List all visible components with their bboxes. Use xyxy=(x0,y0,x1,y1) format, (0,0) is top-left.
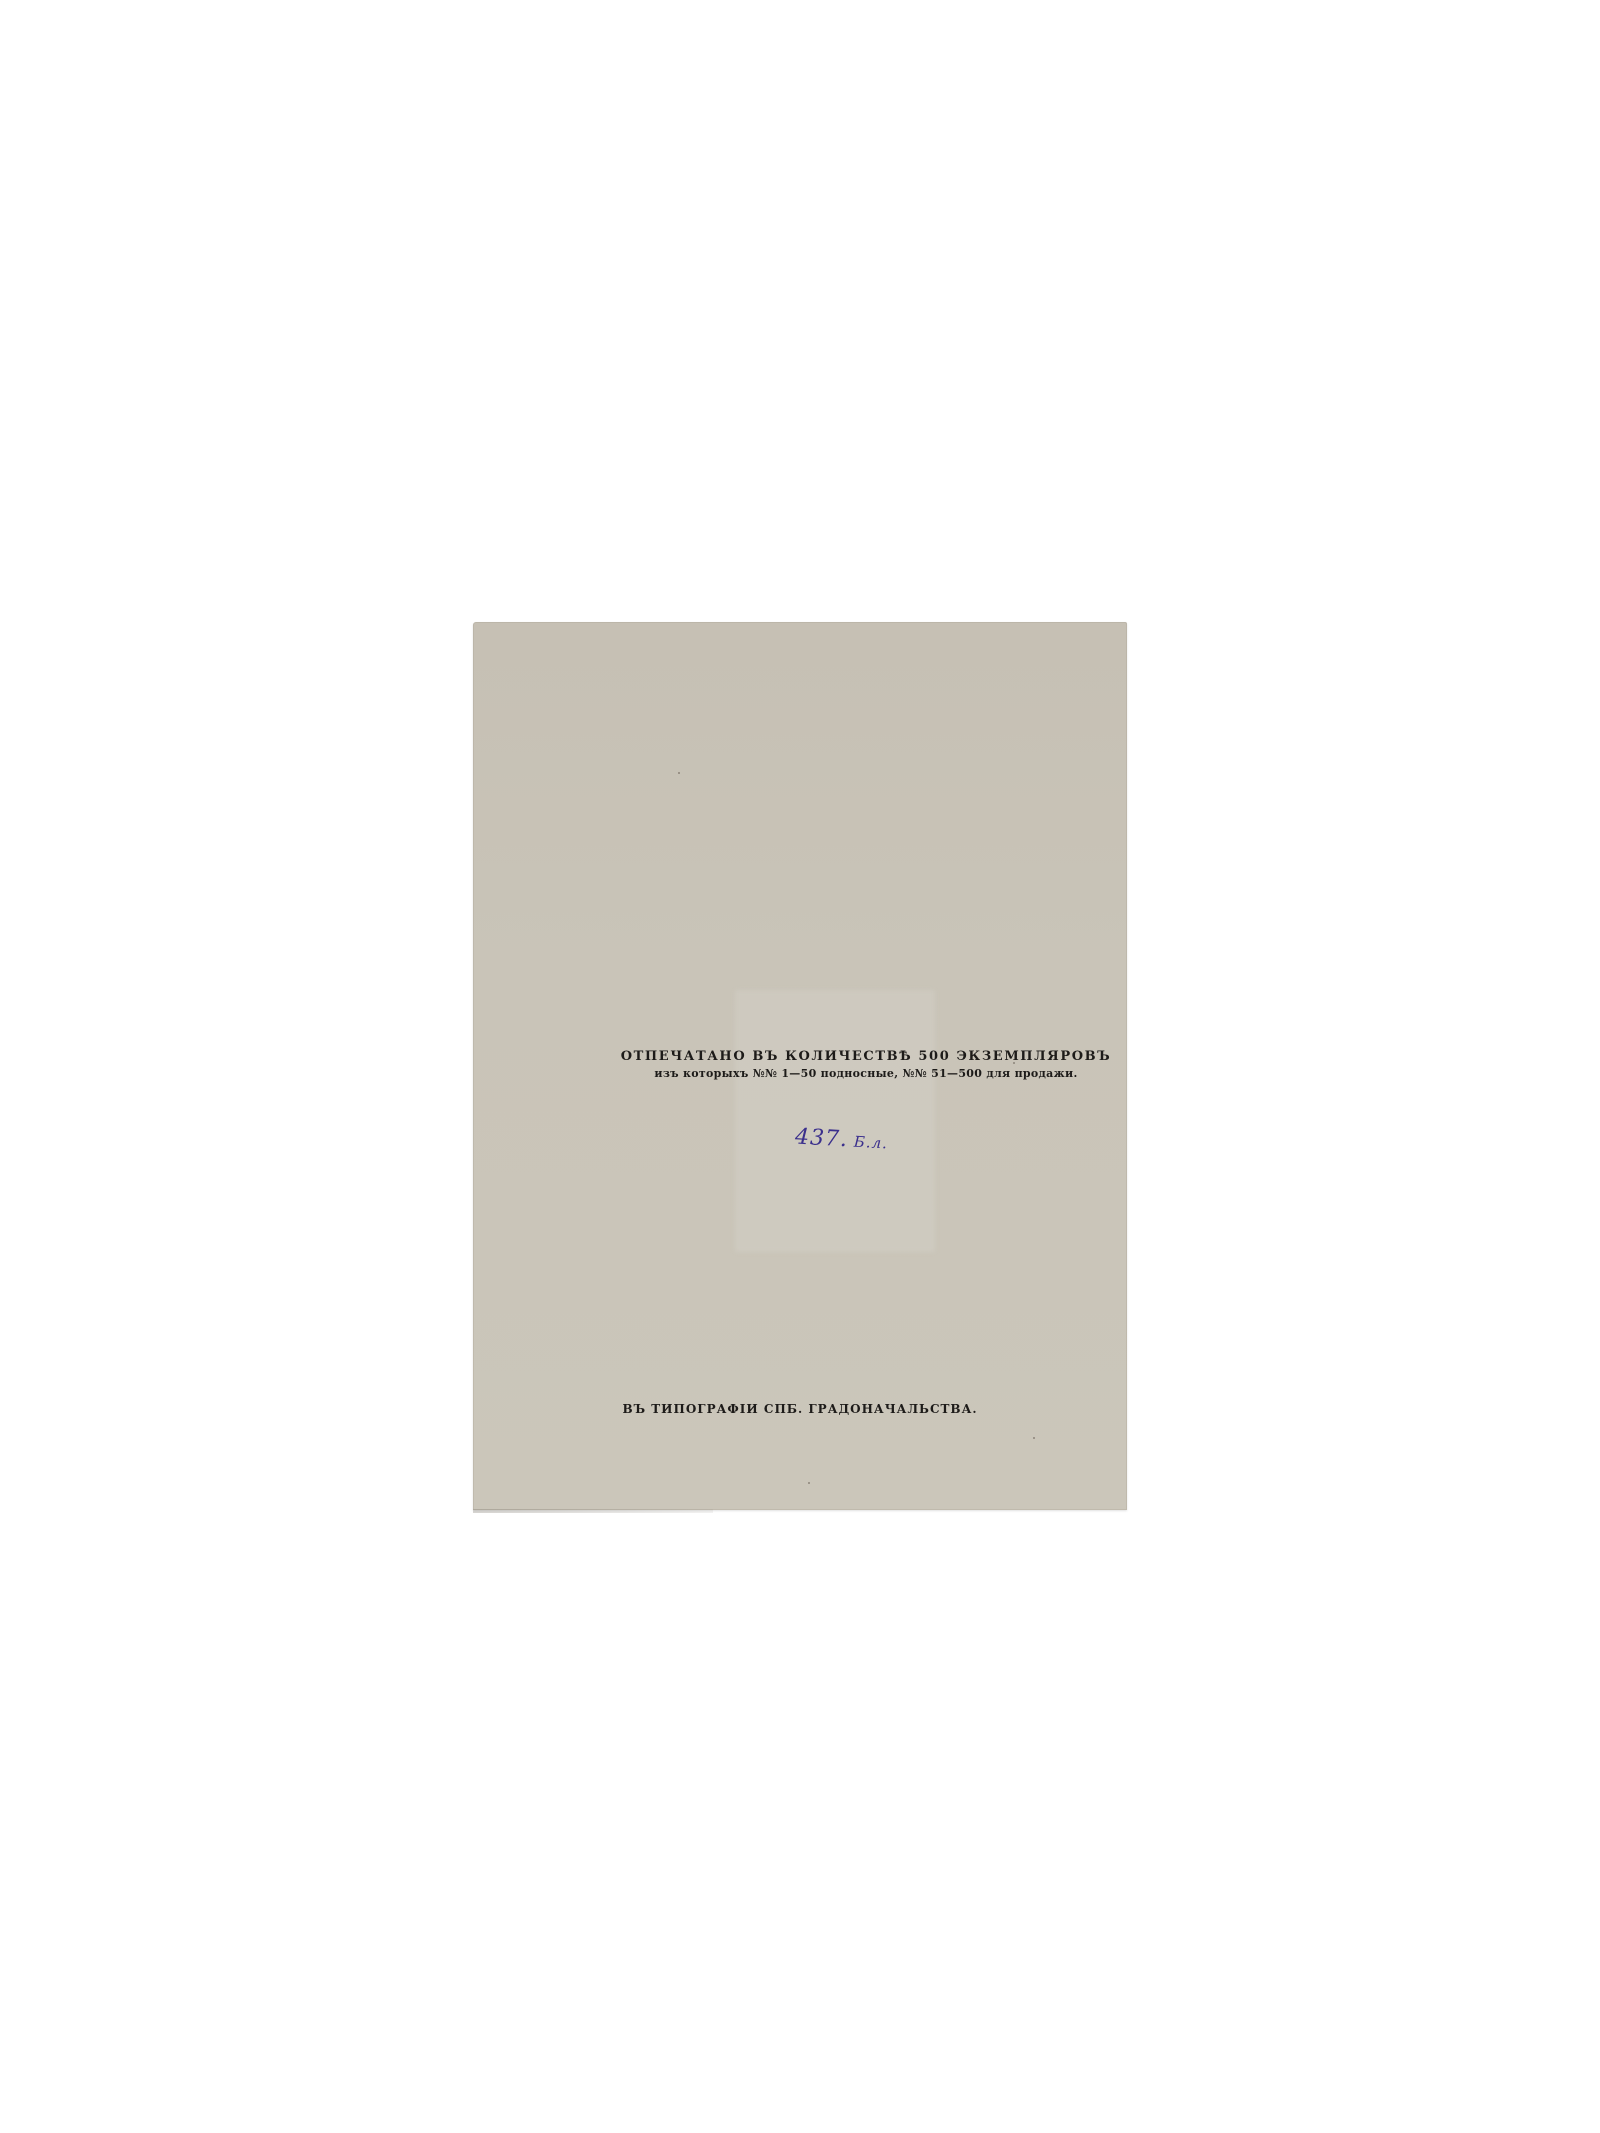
colophon-numbering: изъ которыхъ №№ 1—50 подносные, №№ 51—50… xyxy=(605,1066,1127,1081)
colophon-print-run: ОТПЕЧАТАНО ВЪ КОЛИЧЕСТВѢ 500 ЭКЗЕМПЛЯРОВ… xyxy=(605,1048,1127,1066)
paper-speck xyxy=(1013,1062,1015,1064)
document-page: ОТПЕЧАТАНО ВЪ КОЛИЧЕСТВѢ 500 ЭКЗЕМПЛЯРОВ… xyxy=(473,622,1127,1510)
printer-imprint: ВЪ ТИПОГРАФІИ СПБ. ГРАДОНАЧАЛЬСТВА. xyxy=(473,1402,1127,1416)
paper-speck xyxy=(808,1482,810,1484)
copy-suffix: Б.л. xyxy=(853,1133,888,1153)
copy-number: 437. xyxy=(794,1125,848,1153)
paper-speck xyxy=(1033,1437,1035,1439)
paper-speck xyxy=(678,772,680,774)
colophon: ОТПЕЧАТАНО ВЪ КОЛИЧЕСТВѢ 500 ЭКЗЕМПЛЯРОВ… xyxy=(473,1048,1127,1081)
offset-ghost-impression xyxy=(735,990,935,1252)
handwritten-copy-number: 437.Б.л. xyxy=(794,1125,888,1155)
